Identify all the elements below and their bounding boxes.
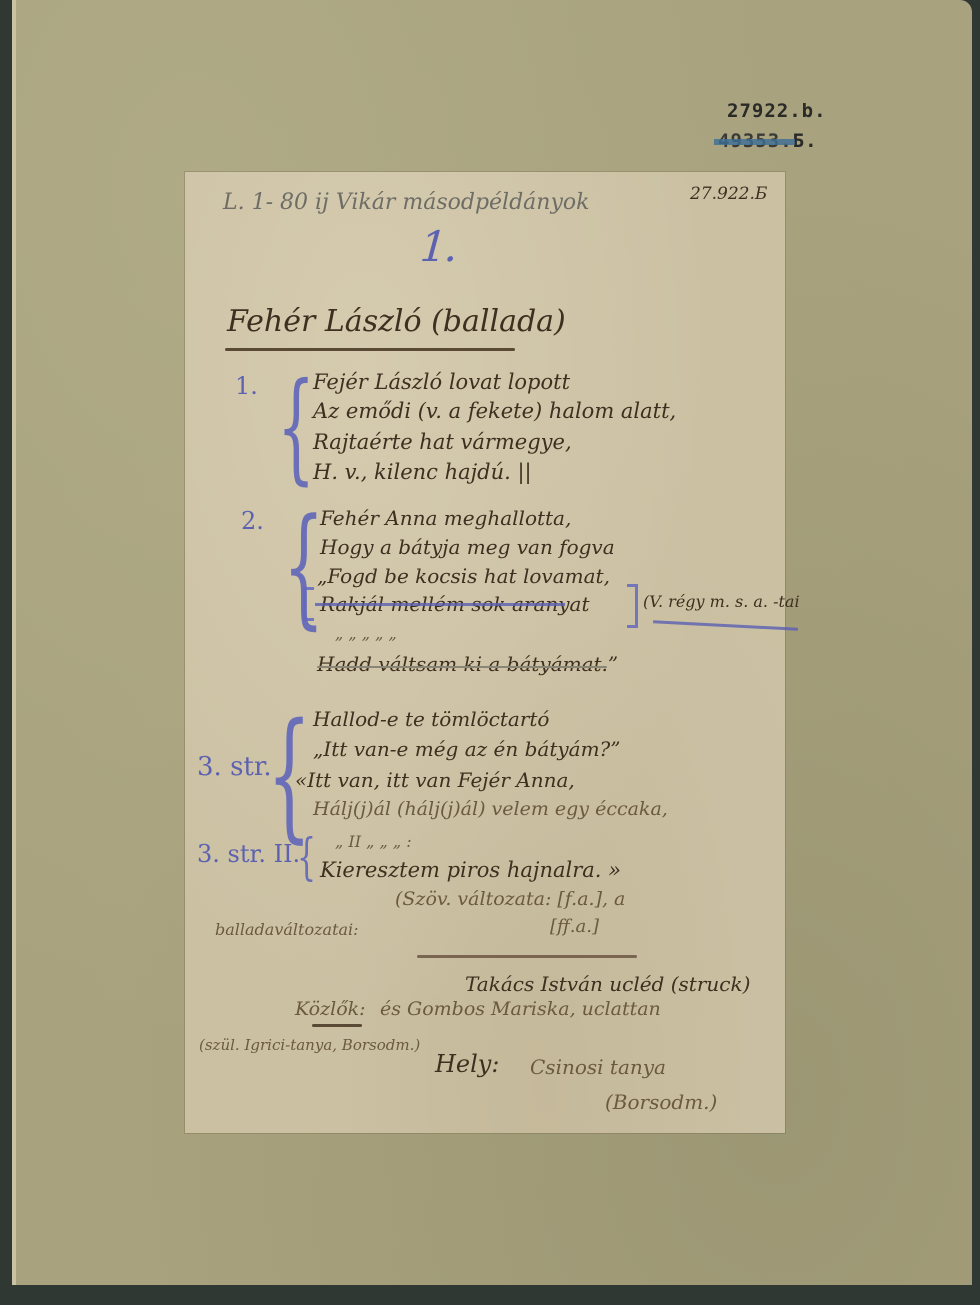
old-number-stamp: 49353.Б. [718,130,818,152]
stanza-1-line-4: H. v., kilenc hajdú. || [313,460,532,484]
pencil-header-note: L. 1- 80 ij Vikár másodpéldányok [223,190,589,215]
stanza-3b-line-1: Kieresztem piros hajnalra. » [320,858,621,882]
stanza-3-line-2: „Itt van-e még az én bátyám?” [313,737,621,761]
title-underline [225,348,515,351]
stanza-3-number: 3. str. [197,752,272,782]
stanza-1-line-2: Az emődi (v. a fekete) halom alatt, [313,399,676,423]
scan-edge [0,0,12,1285]
birth-note: (szül. Igrici-tanya, Borsodm.) [199,1036,420,1054]
place-county: (Borsodm.) [605,1090,717,1114]
stanza-3-line-3: «Itt van, itt van Fejér Anna, [295,768,575,792]
old-number-struck: 49353. [718,130,793,152]
stanza-2-line-3: „Fogd be kocsis hat lovamat, [317,564,610,588]
stanza-3b-ditto-line: „ II „ „ „ : [335,832,412,851]
stanza-2-right-bracket [627,584,638,628]
stanza-2b-strike [317,666,607,668]
variant-note-2: [ff.a.] [550,916,599,937]
narrators-underline [312,1024,362,1027]
stanza-1-line-3: Rajtaérte hat vármegye, [313,430,572,454]
section-divider [417,955,637,958]
variant-note: (Szöv. változata: [f.a.], a [395,888,625,910]
old-number-suffix: Б. [793,130,818,152]
narrators-label: Közlők: [295,998,366,1020]
manuscript-sheet: L. 1- 80 ij Vikár másodpéldányok 27.922.… [185,172,785,1133]
stanza-2b-line: Hadd váltsam ki a bátyámat.” [317,652,618,676]
stanza-1-line-1: Fejér László lovat lopott [313,370,570,394]
inventory-number-stamp: 27922.b. [727,100,827,122]
board-edge [12,0,16,1285]
stanza-2-number: 2. [241,507,264,535]
reference-number: 27.922.Б [690,184,767,204]
stanza-3-line-4: Hálj(j)ál (hálj(j)ál) velem egy éccaka, [313,798,668,820]
stanza-3b-number: 3. str. II. [197,840,300,868]
ditto-marks: „ „ „ „ „ [335,624,397,643]
stanza-1-number: 1. [235,372,258,400]
stanza-2-left-bracket [303,587,314,621]
stanza-2-line-1: Fehér Anna meghallotta, [320,506,571,530]
stanza-3b-brace: { [297,828,316,886]
stanza-2-strikethrough [315,603,565,606]
narrators-value: és Gombos Mariska, uclattan [380,998,661,1020]
place-value: Csinosi tanya [530,1055,666,1079]
stanza-3-line-1: Hallod-e te tömlöctartó [313,707,549,731]
stanza-1-brace: { [277,358,315,497]
collector-line: Takács István ucléd (struck) [465,972,750,996]
stanza-2-line-2: Hogy a bátyja meg van fogva [320,535,615,559]
page-number: 1. [413,222,466,271]
ballad-title: Fehér László (ballada) [227,304,566,339]
margin-note-blue-line [653,620,798,631]
place-label: Hely: [435,1050,499,1078]
stanza-2-margin-note: (V. régy m. s. a. -tai [643,592,800,611]
ballad-variants-label: balladaváltozatai: [215,920,359,939]
